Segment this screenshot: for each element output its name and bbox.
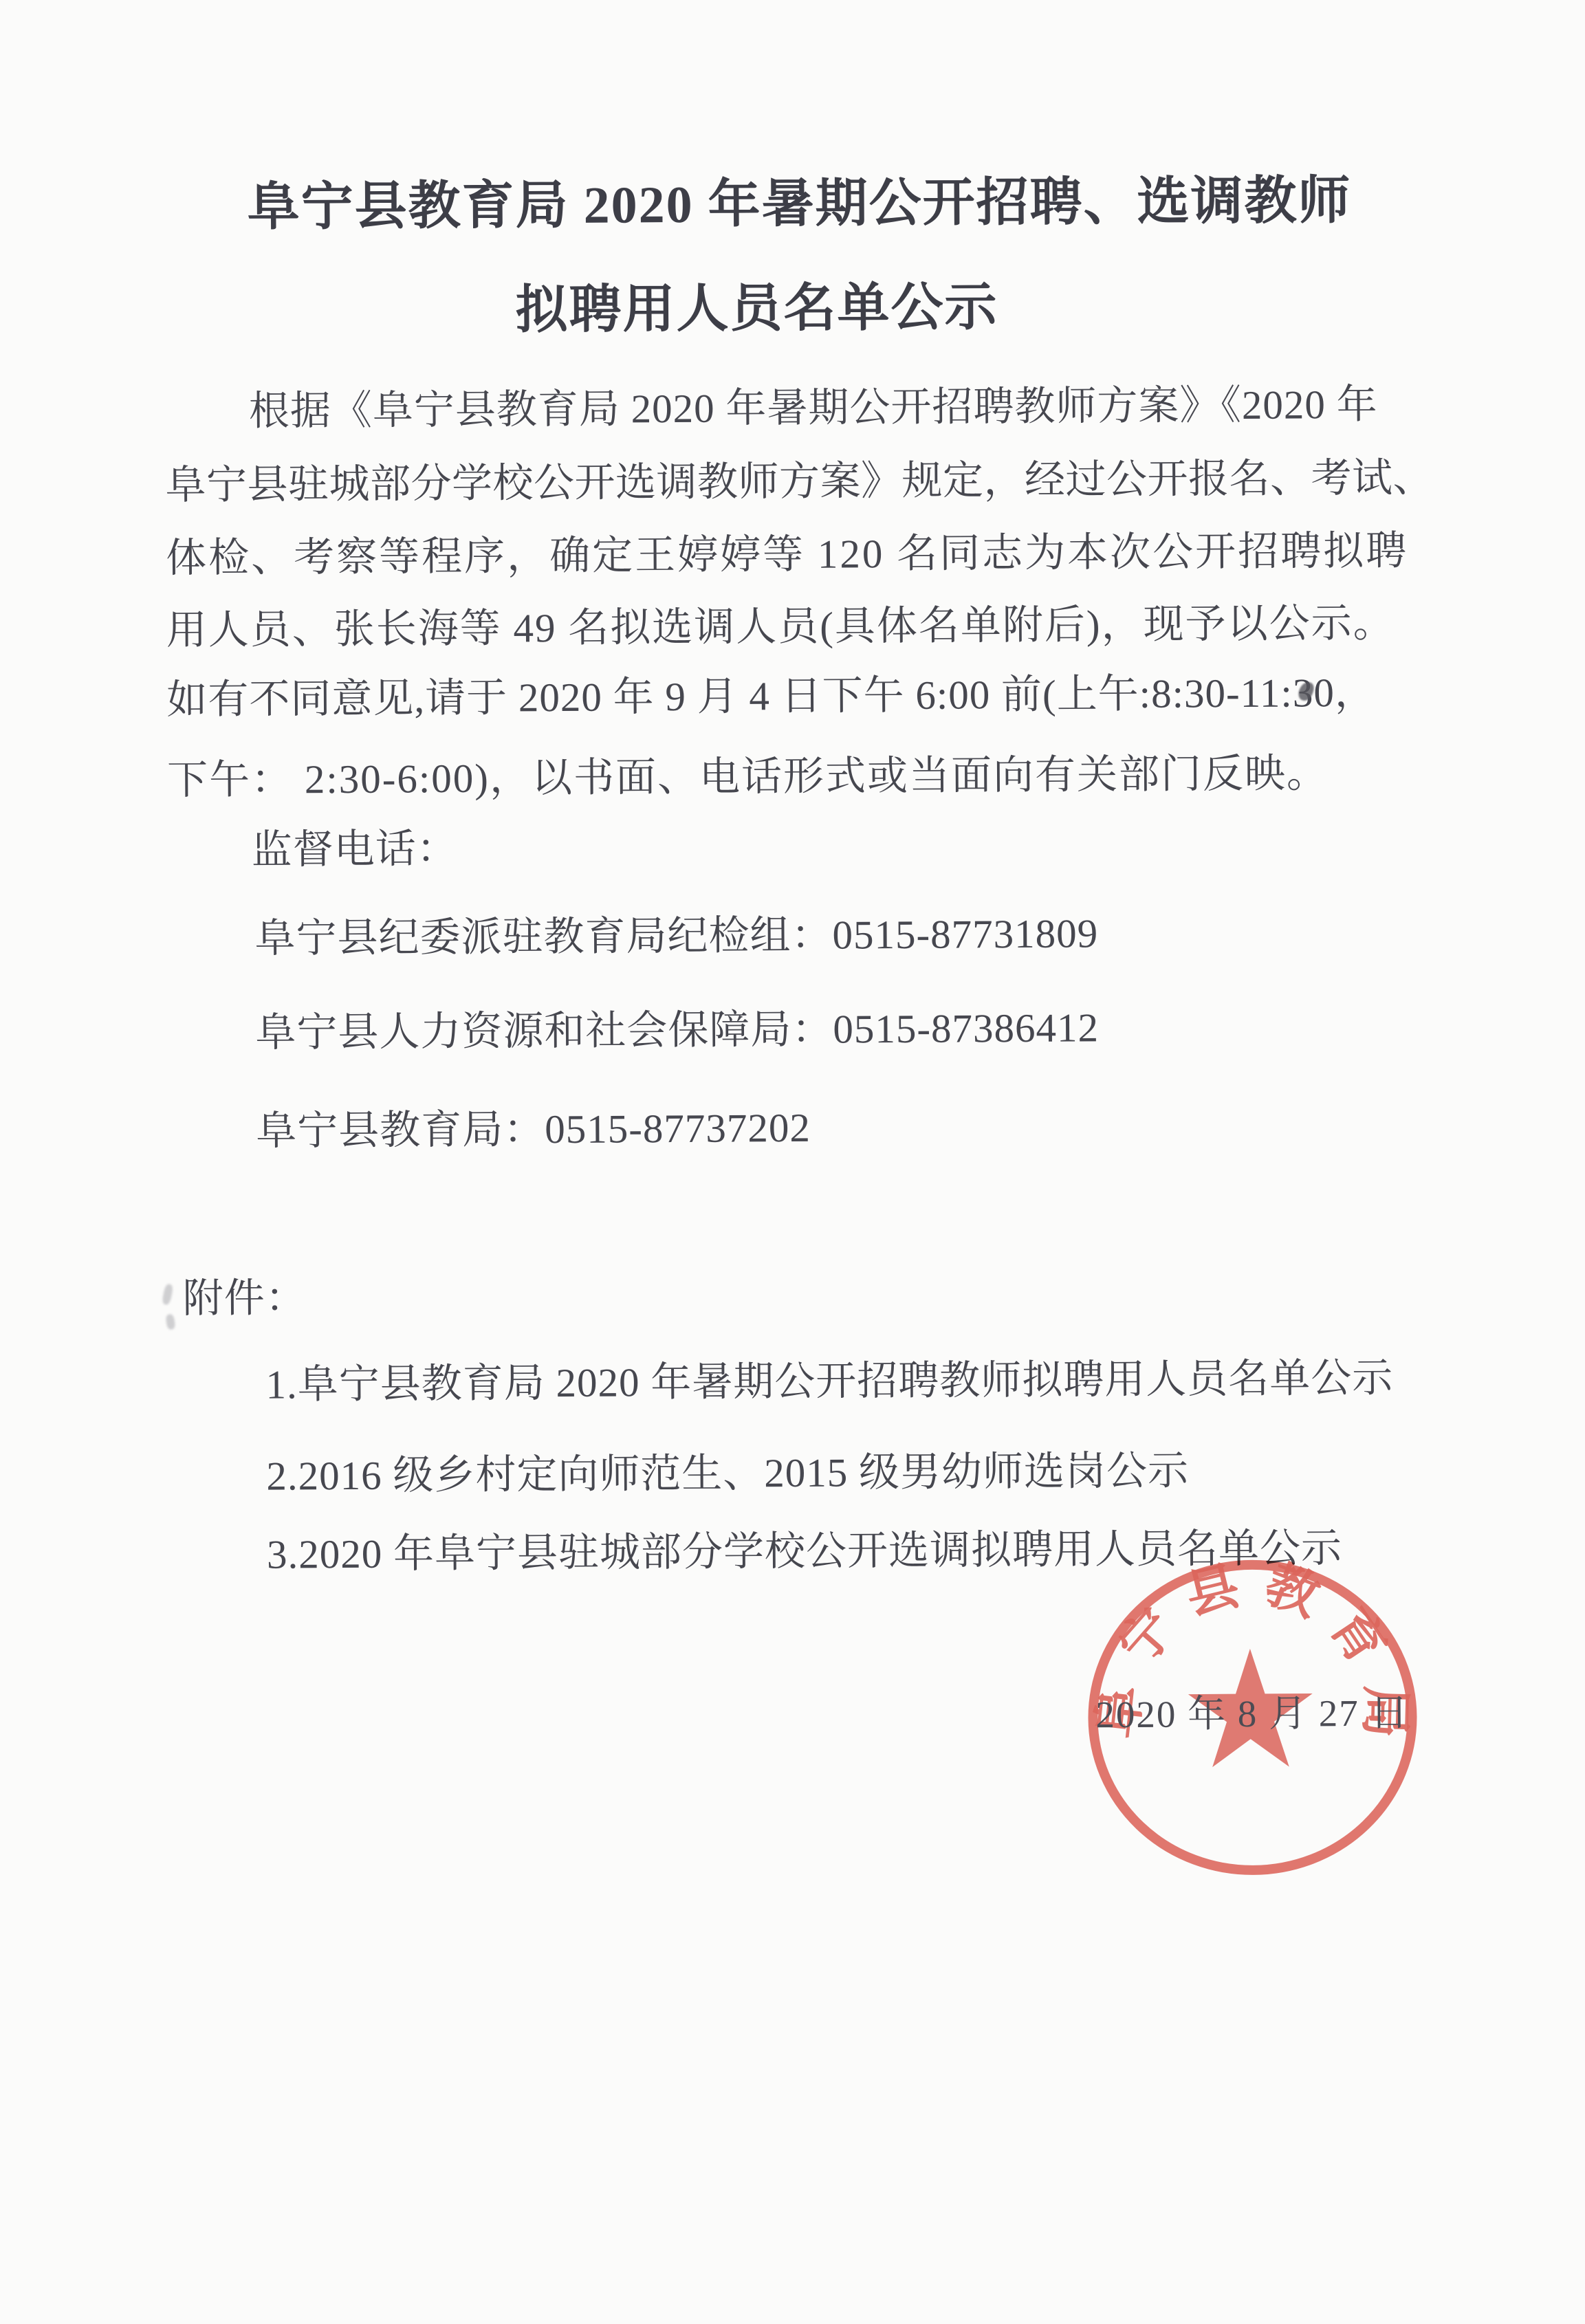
phone-line-discipline-group: 阜宁县纪委派驻教育局纪检组：0515-87731809 xyxy=(254,913,1098,958)
scanned-document-page: { "document": { "title": { "line1": "阜宁县… xyxy=(0,0,1585,2324)
scan-edge-artifact xyxy=(162,1284,174,1306)
paragraph-line-5: 如有不同意见,请于 2020 年 9 月 4 日下午 6:00 前(上午:8:3… xyxy=(166,672,1376,721)
scan-edge-artifact xyxy=(165,1314,175,1330)
supervision-phones-label: 监督电话： xyxy=(252,829,458,870)
document-title-line1: 阜宁县教育局 2020 年暑期公开招聘、选调教师 xyxy=(7,171,1585,239)
document-date: 2020 年 8 月 27 日 xyxy=(963,1693,1541,1734)
paragraph-line-2: 阜宁县驻城部分学校公开选调教师方案》规定，经过公开报名、考试、 xyxy=(165,457,1434,505)
document-content: 阜宁县教育局 2020 年暑期公开招聘、选调教师 拟聘用人员名单公示 根据《阜宁… xyxy=(0,0,1585,2324)
attachments-label: 附件： xyxy=(183,1278,307,1319)
phone-line-hr-bureau: 阜宁县人力资源和社会保障局：0515-87386412 xyxy=(255,1007,1099,1053)
paragraph-line-4: 用人员、张长海等 49 名拟选调人员(具体名单附后)，现予以公示。 xyxy=(166,603,1395,651)
attachment-item-1: 1.阜宁县教育局 2020 年暑期公开招聘教师拟聘用人员名单公示 xyxy=(265,1358,1393,1405)
document-title-line2: 拟聘用人员名单公示 xyxy=(0,276,1549,343)
paragraph-line-3: 体检、考察等程序，确定王婷婷等 120 名同志为本次公开招聘拟聘 xyxy=(166,530,1408,578)
attachment-item-2: 2.2016 级乡村定向师范生、2015 级男幼师选岗公示 xyxy=(266,1450,1189,1496)
paragraph-line-6: 下午： 2:30-6:00)，以书面、电话形式或当面向有关部门反映。 xyxy=(167,753,1329,800)
paragraph-line-1: 根据《阜宁县教育局 2020 年暑期公开招聘教师方案》《2020 年 xyxy=(249,384,1378,432)
phone-line-education-bureau: 阜宁县教育局：0515-87737202 xyxy=(256,1108,811,1152)
